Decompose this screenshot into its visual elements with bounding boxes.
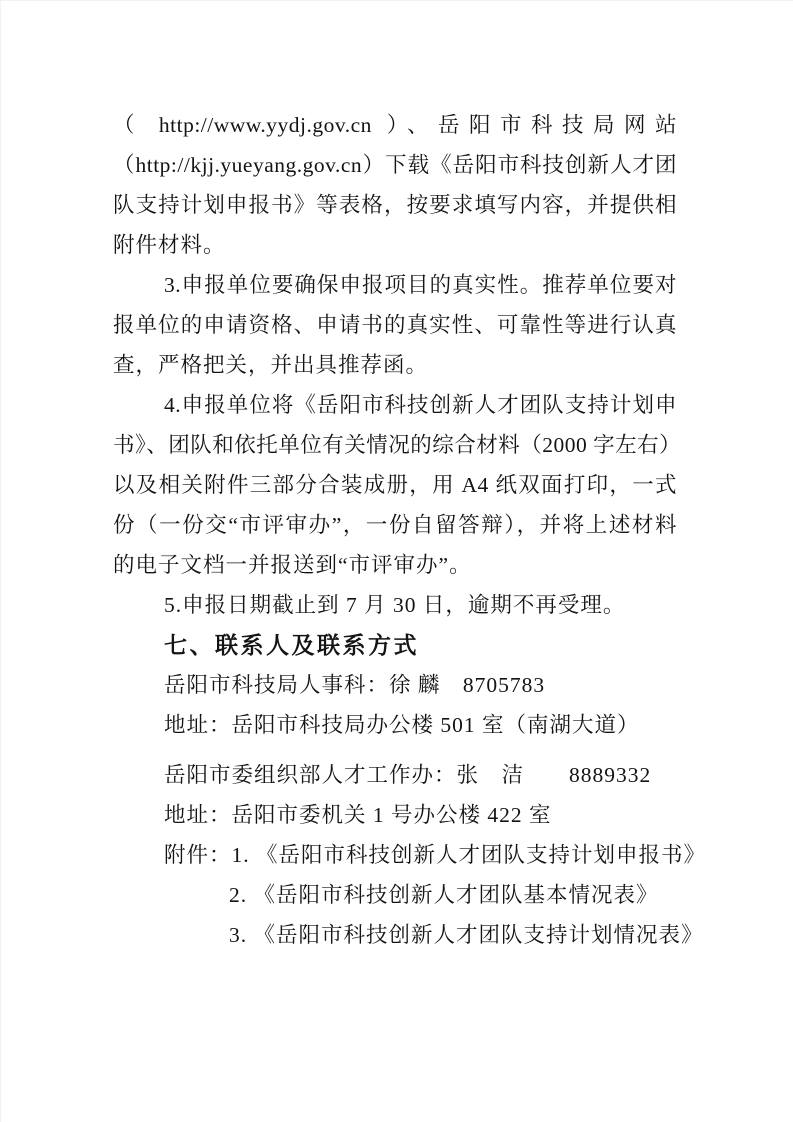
text-line: 3.申报单位要确保申报项目的真实性。推荐单位要对申 xyxy=(113,265,677,305)
section-heading: 七、联系人及联系方式 xyxy=(113,625,677,665)
text-line: 七、联系人及联系方式 xyxy=(113,625,677,665)
text-line: 地址：岳阳市科技局办公楼 501 室（南湖大道） xyxy=(113,705,677,745)
document-page: （ http://www.yydj.gov.cn ）、岳阳市科技局网站（http… xyxy=(0,0,793,1122)
paragraph: （ http://www.yydj.gov.cn ）、岳阳市科技局网站（http… xyxy=(113,105,677,265)
text-line: 份（一份交“市评审办”，一份自留答辩），并将上述材料 xyxy=(113,505,677,545)
text-line: 查，严格把关，并出具推荐函。 xyxy=(113,345,677,385)
paragraph: 4.申报单位将《岳阳市科技创新人才团队支持计划申报书》、团队和依托单位有关情况的… xyxy=(113,385,677,585)
text-line: （ http://www.yydj.gov.cn ）、岳阳市科技局网站 xyxy=(113,105,677,145)
text-line: 的电子文档一并报送到“市评审办”。 xyxy=(113,545,677,585)
text-line: 队支持计划申报书》等表格，按要求填写内容，并提供相关 xyxy=(113,185,677,225)
paragraph: 岳阳市科技局人事科：徐 麟 8705783 xyxy=(113,665,677,705)
paragraph: 3. 《岳阳市科技创新人才团队支持计划情况表》 xyxy=(229,915,677,955)
text-line: 5.申报日期截止到 7 月 30 日，逾期不再受理。 xyxy=(113,585,677,625)
text-line: 4.申报单位将《岳阳市科技创新人才团队支持计划申报 xyxy=(113,385,677,425)
paragraph: 2. 《岳阳市科技创新人才团队基本情况表》 xyxy=(229,875,677,915)
paragraph: 地址：岳阳市委机关 1 号办公楼 422 室 xyxy=(113,795,677,835)
paragraph: 岳阳市委组织部人才工作办：张 洁 8889332 xyxy=(113,755,677,795)
text-line: 岳阳市科技局人事科：徐 麟 8705783 xyxy=(113,665,677,705)
paragraph: 5.申报日期截止到 7 月 30 日，逾期不再受理。 xyxy=(113,585,677,625)
text-line: 报单位的申请资格、申请书的真实性、可靠性等进行认真审 xyxy=(113,305,677,345)
text-line: 地址：岳阳市委机关 1 号办公楼 422 室 xyxy=(113,795,677,835)
text-line: 2. 《岳阳市科技创新人才团队基本情况表》 xyxy=(229,875,677,915)
text-line: （http://kjj.yueyang.gov.cn）下载《岳阳市科技创新人才团 xyxy=(113,145,677,185)
paragraph: 3.申报单位要确保申报项目的真实性。推荐单位要对申报单位的申请资格、申请书的真实… xyxy=(113,265,677,385)
text-line: 书》、团队和依托单位有关情况的综合材料（2000 字左右） xyxy=(113,425,677,465)
text-line: 3. 《岳阳市科技创新人才团队支持计划情况表》 xyxy=(229,915,677,955)
text-line: 附件：1. 《岳阳市科技创新人才团队支持计划申报书》 xyxy=(113,835,677,875)
document-body: （ http://www.yydj.gov.cn ）、岳阳市科技局网站（http… xyxy=(113,105,677,955)
text-line: 附件材料。 xyxy=(113,225,677,265)
paragraph: 地址：岳阳市科技局办公楼 501 室（南湖大道） xyxy=(113,705,677,745)
text-line: 以及相关附件三部分合装成册，用 A4 纸双面打印，一式两 xyxy=(113,465,677,505)
paragraph: 附件：1. 《岳阳市科技创新人才团队支持计划申报书》 xyxy=(113,835,677,875)
text-line: 岳阳市委组织部人才工作办：张 洁 8889332 xyxy=(113,755,677,795)
